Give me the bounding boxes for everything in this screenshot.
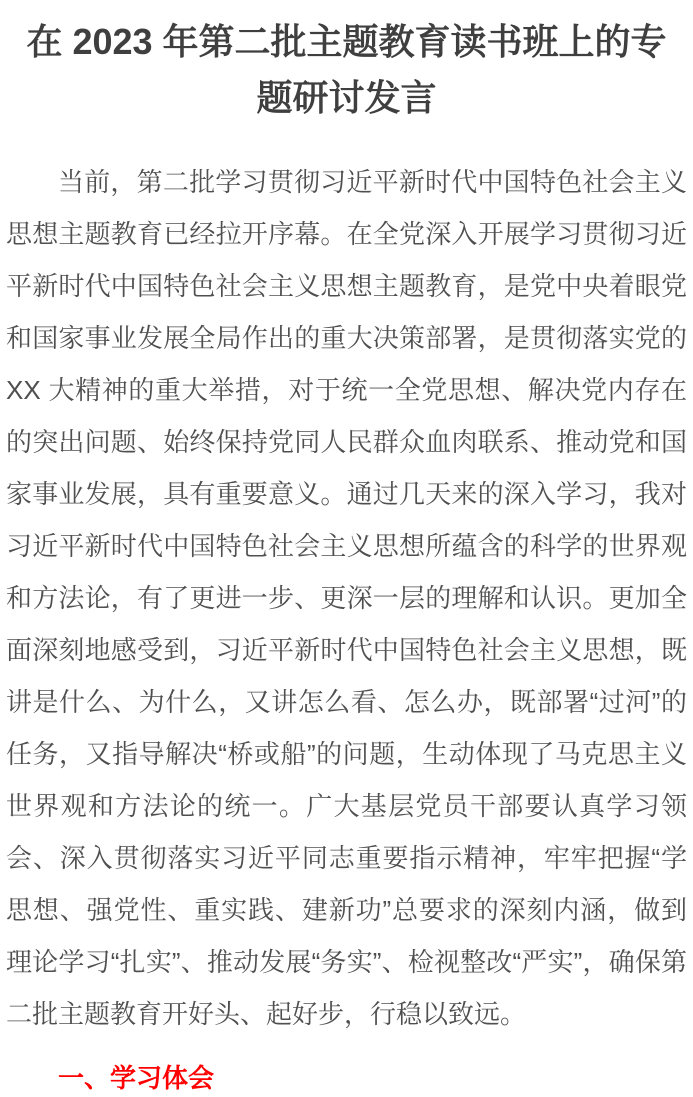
- body-paragraph: 当前，第二批学习贯彻习近平新时代中国特色社会主义思想主题教育已经拉开序幕。在全党…: [6, 156, 687, 1040]
- document-page: 在 2023 年第二批主题教育读书班上的专题研讨发言 当前，第二批学习贯彻习近平…: [0, 0, 693, 1097]
- section-heading: 一、学习体会: [6, 1052, 687, 1097]
- document-title: 在 2023 年第二批主题教育读书班上的专题研讨发言: [6, 14, 687, 126]
